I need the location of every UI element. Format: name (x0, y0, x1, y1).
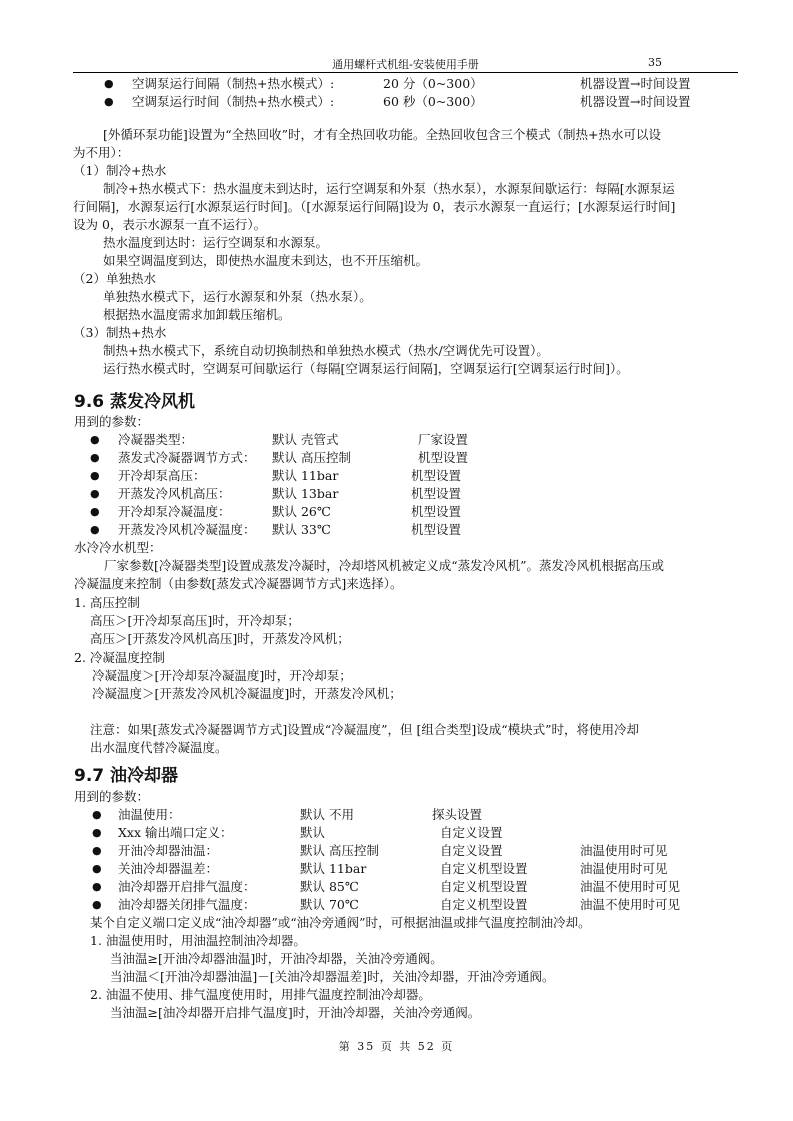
param-default: 默认 高压控制 (272, 449, 351, 467)
paragraph-line: 热水温度到达时：运行空调泵和水源泵。 (103, 234, 328, 252)
list-item-title: 2. 油温不使用、排气温度使用时，用排气温度控制油冷却器。 (90, 986, 431, 1004)
paragraph-line: 当油温≥[油冷却器开启排气温度]时，开油冷却器，关油冷旁通阀。 (110, 1004, 480, 1022)
section-heading: 9.6 蒸发冷风机 (74, 392, 195, 412)
param-name: Xxx 输出端口定义： (118, 824, 232, 842)
param-location: 机器设置→时间设置 (580, 93, 690, 111)
param-name: 开冷却泵冷凝温度： (118, 503, 231, 521)
param-name: 空调泵运行时间（制热+热水模式）: (132, 93, 334, 111)
paragraph-line: 制热+热水模式下，系统自动切换制热和单独热水模式（热水/空调优先可设置）。 (103, 342, 549, 360)
param-default: 默认 (300, 824, 325, 842)
param-name: 开油冷却器油温： (118, 842, 218, 860)
param-default: 默认 11bar (272, 467, 338, 485)
page-footer: 第 35 页 共 52 页 (0, 1038, 793, 1054)
param-value: 60 秒（0~300） (383, 93, 483, 111)
param-name: 关油冷却器温差： (118, 860, 218, 878)
paragraph-line: 当油温≥[开油冷却器油温]时，开油冷却器，关油冷旁通阀。 (110, 950, 443, 968)
param-location: 机型设置 (411, 503, 461, 521)
bullet-icon: ● (90, 467, 100, 485)
param-location: 自定义设置 (440, 842, 503, 860)
bullet-icon: ● (92, 896, 102, 914)
param-location: 自定义机型设置 (440, 860, 528, 878)
params-label: 用到的参数： (74, 788, 149, 806)
bullet-icon: ● (92, 824, 102, 842)
paragraph-line: 冷凝温度＞[开冷却泵冷凝温度]时，开冷却泵； (92, 667, 352, 685)
param-name: 开蒸发冷风机高压： (118, 485, 231, 503)
param-visibility: 油温使用时可见 (580, 842, 668, 860)
paragraph-line: 某个自定义端口定义成“油冷却器”或“油冷旁通阀”时，可根据油温或排气温度控制油冷… (90, 914, 591, 932)
param-visibility: 油温使用时可见 (580, 860, 668, 878)
params-label: 用到的参数： (74, 413, 149, 431)
list-item-title: 1. 油温使用时，用油温控制油冷却器。 (90, 932, 306, 950)
bullet-icon: ● (104, 93, 114, 111)
header-page-number: 35 (648, 56, 662, 69)
paragraph-line: 冷凝温度＞[开蒸发冷风机冷凝温度]时，开蒸发冷风机； (92, 685, 402, 703)
param-default: 默认 13bar (272, 485, 338, 503)
bullet-icon: ● (92, 806, 102, 824)
bullet-icon: ● (90, 521, 100, 539)
param-default: 默认 70℃ (300, 896, 359, 914)
param-name: 冷凝器类型： (118, 431, 193, 449)
paragraph-line: 制冷+热水模式下：热水温度未到达时，运行空调泵和外泵（热水泵），水源泵间歇运行：… (103, 180, 675, 198)
param-default: 默认 不用 (300, 806, 354, 824)
note-line: 出水温度代替冷凝温度。 (90, 739, 228, 757)
param-default: 默认 85℃ (300, 878, 359, 896)
bullet-icon: ● (90, 503, 100, 521)
paragraph-line: 为不用）： (73, 144, 129, 162)
param-location: 机型设置 (411, 485, 461, 503)
paragraph-line: 水冷冷水机型： (74, 539, 162, 557)
param-name: 油冷却器开启排气温度： (118, 878, 256, 896)
param-visibility: 油温不使用时可见 (580, 878, 680, 896)
paragraph-line: 如果空调温度到达，即使热水温度未到达，也不开压缩机。 (103, 252, 428, 270)
param-default: 默认 高压控制 (300, 842, 379, 860)
param-location: 自定义机型设置 (440, 896, 528, 914)
paragraph-line: [外循环泵功能]设置为“全热回收”时，才有全热回收功能。全热回收包含三个模式（制… (103, 126, 661, 144)
bullet-icon: ● (90, 485, 100, 503)
bullet-icon: ● (92, 878, 102, 896)
param-visibility: 油温不使用时可见 (580, 896, 680, 914)
paragraph-line: 运行热水模式时，空调泵可间歇运行（每隔[空调泵运行间隔]，空调泵运行[空调泵运行… (103, 360, 629, 378)
bullet-icon: ● (104, 75, 114, 93)
param-name: 空调泵运行间隔（制热+热水模式）: (132, 75, 334, 93)
paragraph-line: 高压＞[开冷却泵高压]时，开冷却泵； (90, 612, 300, 630)
note-line: 注意：如果[蒸发式冷凝器调节方式]设置成“冷凝温度”，但 [组合类型]设成“模块… (90, 721, 639, 739)
param-name: 油温使用： (118, 806, 181, 824)
paragraph-line: 高压＞[开蒸发冷风机高压]时，开蒸发冷风机； (90, 630, 350, 648)
param-name: 蒸发式冷凝器调节方式： (118, 449, 256, 467)
paragraph-line: 厂家参数[冷凝器类型]设置成蒸发冷凝时，冷却塔风机被定义成“蒸发冷风机”。蒸发冷… (104, 557, 664, 575)
param-name: 油冷却器关闭排气温度： (118, 896, 256, 914)
param-location: 机型设置 (411, 467, 461, 485)
param-location: 自定义机型设置 (440, 878, 528, 896)
param-name: 开冷却泵高压： (118, 467, 206, 485)
paragraph-line: 当油温＜[开油冷却器油温]－[关油冷却器温差]时，关油冷却器，开油冷旁通阀。 (110, 968, 555, 986)
bullet-icon: ● (92, 860, 102, 878)
paragraph-line: 单独热水模式下，运行水源泵和外泵（热水泵）。 (103, 288, 372, 306)
param-default: 默认 26℃ (272, 503, 331, 521)
bullet-icon: ● (90, 449, 100, 467)
param-location: 机型设置 (418, 449, 468, 467)
subheading: （2）单独热水 (73, 270, 156, 288)
list-item-title: 2. 冷凝温度控制 (74, 649, 165, 667)
param-location: 探头设置 (432, 806, 482, 824)
document-page: 通用螺杆式机组-安装使用手册 35 ● 空调泵运行间隔（制热+热水模式）: 20… (0, 0, 793, 1121)
paragraph-line: 设为 0，表示水源泵一直不运行）。 (73, 216, 266, 234)
param-default: 默认 33℃ (272, 521, 331, 539)
paragraph-line: 根据热水温度需求加卸载压缩机。 (103, 306, 291, 324)
param-value: 20 分（0~300） (383, 75, 483, 93)
param-default: 默认 11bar (300, 860, 366, 878)
bullet-icon: ● (90, 431, 100, 449)
param-location: 机型设置 (411, 521, 461, 539)
header-title: 通用螺杆式机组-安装使用手册 (73, 56, 738, 72)
subheading: （1）制冷+热水 (73, 162, 166, 180)
page-header: 通用螺杆式机组-安装使用手册 35 (73, 54, 738, 73)
bullet-icon: ● (92, 842, 102, 860)
subheading: （3）制热+热水 (73, 324, 166, 342)
param-default: 默认 壳管式 (272, 431, 338, 449)
param-name: 开蒸发冷风机冷凝温度： (118, 521, 256, 539)
paragraph-line: 行间隔]，水源泵运行[水源泵运行时间]。（[水源泵运行间隔]设为 0，表示水源泵… (73, 198, 675, 216)
param-location: 自定义设置 (440, 824, 503, 842)
param-location: 厂家设置 (418, 431, 468, 449)
list-item-title: 1. 高压控制 (74, 594, 140, 612)
param-location: 机器设置→时间设置 (580, 75, 690, 93)
section-heading: 9.7 油冷却器 (74, 766, 178, 786)
paragraph-line: 冷凝温度来控制（由参数[蒸发式冷凝器调节方式]来选择）。 (74, 575, 403, 593)
